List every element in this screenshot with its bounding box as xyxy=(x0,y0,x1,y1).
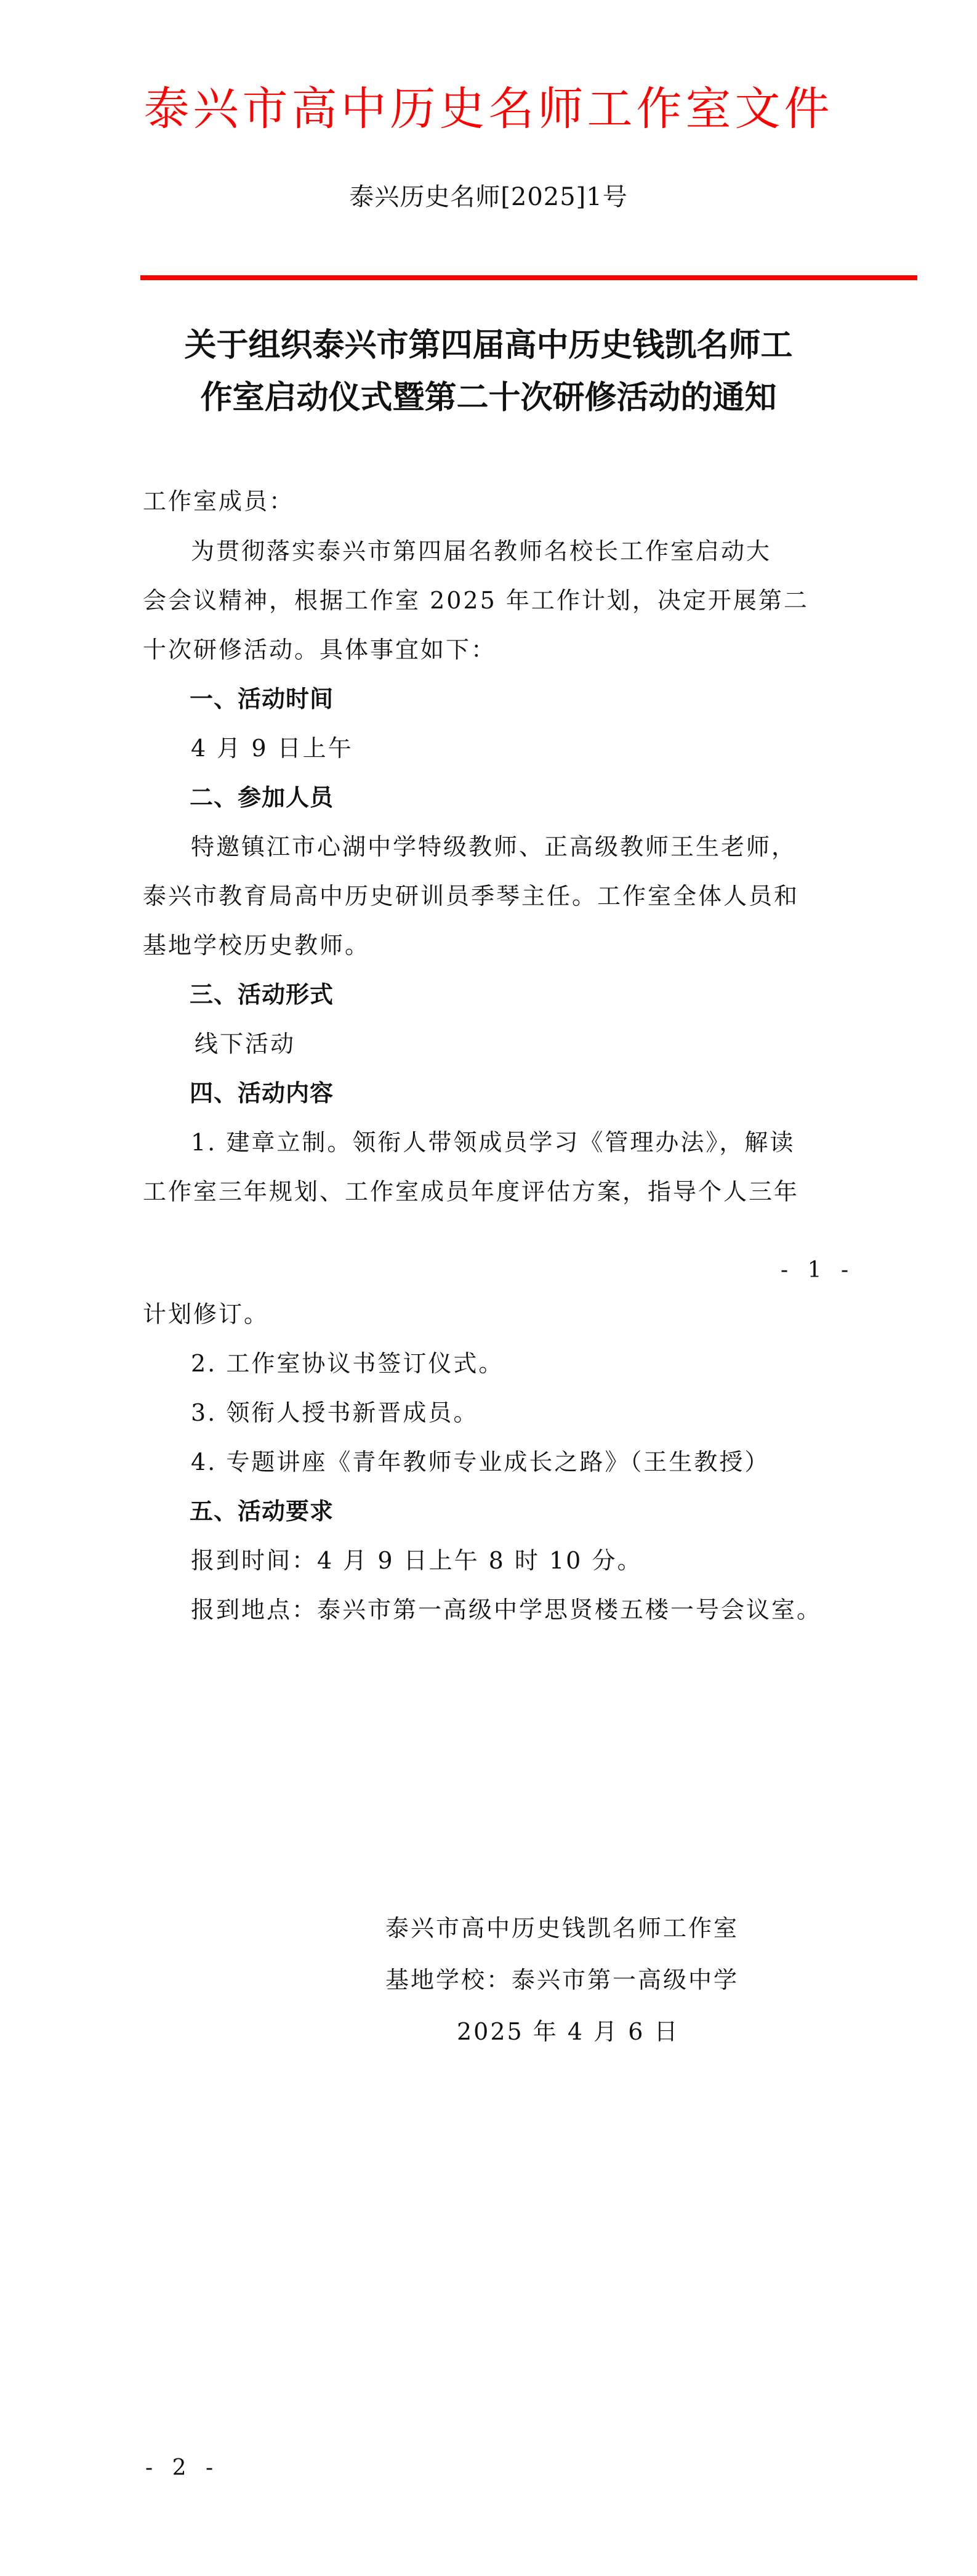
content-item-2: 2. 工作室协议书签订仪式。 xyxy=(191,1352,504,1375)
content-item-1-line-2: 工作室三年规划、工作室成员年度评估方案，指导个人三年 xyxy=(143,1180,799,1203)
requirement-checkin-location: 报到地点：泰兴市第一高级中学思贤楼五楼一号会议室。 xyxy=(191,1598,822,1621)
participants-line-1: 特邀镇江市心湖中学特级教师、正高级教师王生老师， xyxy=(191,835,797,858)
intro-line-1: 为贯彻落实泰兴市第四届名教师名校长工作室启动大 xyxy=(191,539,771,563)
intro-line-3: 十次研修活动。具体事宜如下： xyxy=(143,638,496,661)
signature-organization: 泰兴市高中历史钱凯名师工作室 xyxy=(385,1916,739,1940)
section-time-text: 4 月 9 日上午 xyxy=(191,737,353,760)
section-heading-format: 三、活动形式 xyxy=(190,983,334,1006)
content-item-1-line-1: 1. 建章立制。领衔人带领成员学习《管理办法》，解读 xyxy=(191,1131,795,1154)
notice-title-line-2: 作室启动仪式暨第二十次研修活动的通知 xyxy=(0,382,977,414)
document-number: 泰兴历史名师[2025]1号 xyxy=(0,185,977,209)
signature-date: 2025 年 4 月 6 日 xyxy=(457,2020,679,2043)
requirement-checkin-time: 报到时间：4 月 9 日上午 8 时 10 分。 xyxy=(191,1549,642,1572)
content-item-3: 3. 领衔人授书新晋成员。 xyxy=(191,1401,478,1424)
intro-line-2: 会会议精神，根据工作室 2025 年工作计划，决定开展第二 xyxy=(143,589,809,612)
participants-line-2: 泰兴市教育局高中历史研训员季琴主任。工作室全体人员和 xyxy=(143,884,799,908)
content-item-4: 4. 专题讲座《青年教师专业成长之路》（王生教授） xyxy=(191,1450,770,1474)
page-number-1: - 1 - xyxy=(781,1259,854,1282)
section-heading-requirements: 五、活动要求 xyxy=(190,1500,334,1523)
section-heading-content: 四、活动内容 xyxy=(190,1081,334,1105)
page-number-2: - 2 - xyxy=(145,2457,219,2479)
notice-title-line-1: 关于组织泰兴市第四届高中历史钱凯名师工 xyxy=(0,329,977,361)
red-divider-rule xyxy=(140,275,917,280)
issuer-title: 泰兴市高中历史名师工作室文件 xyxy=(0,86,977,132)
signature-base-school: 基地学校：泰兴市第一高级中学 xyxy=(385,1968,739,1992)
salutation: 工作室成员： xyxy=(143,490,294,513)
section-format-text: 线下活动 xyxy=(195,1032,296,1056)
participants-line-3: 基地学校历史教师。 xyxy=(143,934,370,957)
content-item-1-line-3: 计划修订。 xyxy=(143,1302,269,1326)
section-heading-participants: 二、参加人员 xyxy=(190,786,334,809)
section-heading-time: 一、活动时间 xyxy=(190,687,334,711)
